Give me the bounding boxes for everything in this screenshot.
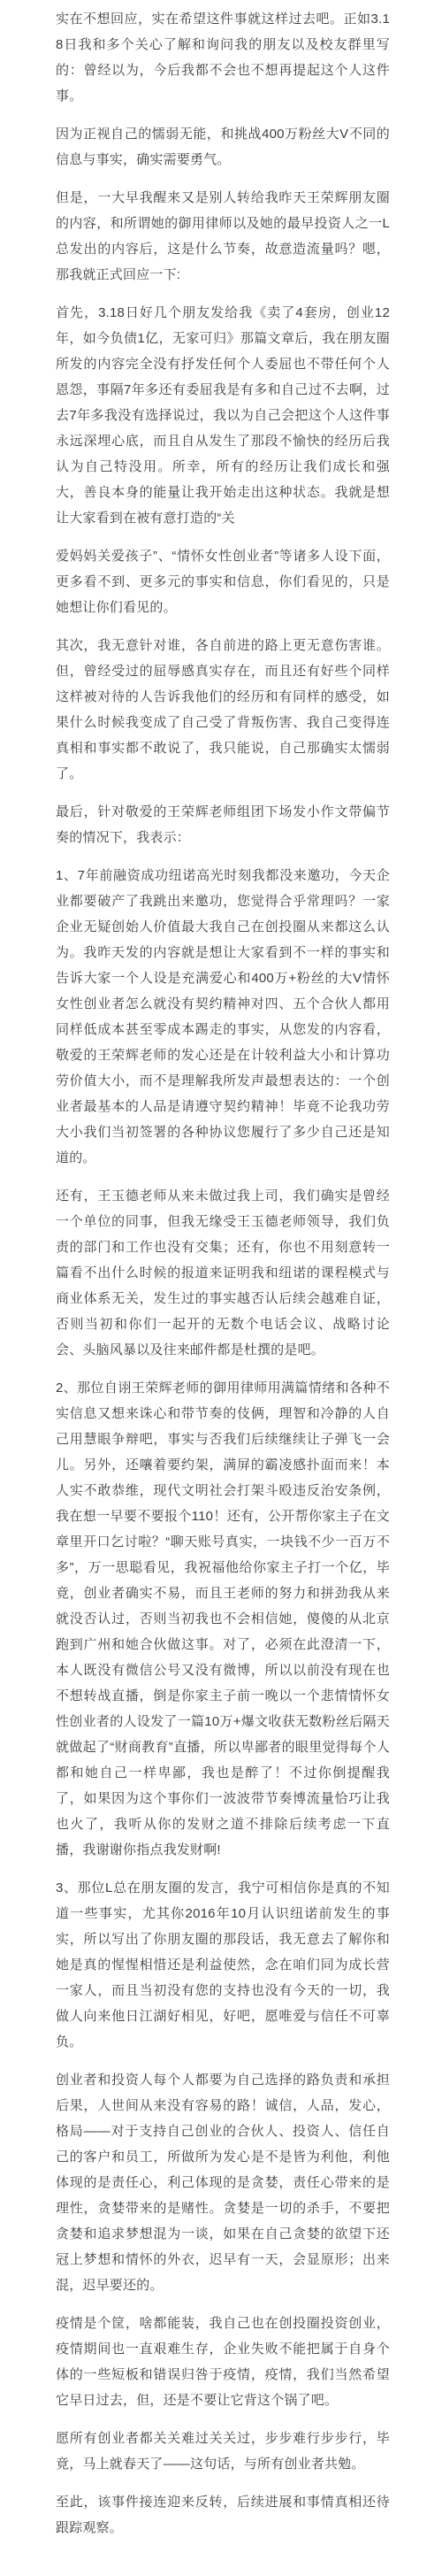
paragraph: 但是，一大早我醒来又是别人转给我昨天王荣辉朋友圈的内容，和所谓她的御用律师以及她… bbox=[56, 185, 390, 288]
paragraph: 还有，王玉德老师从来未做过我上司，我们确实是曾经一个单位的同事，但我无缘受王玉德… bbox=[56, 1183, 390, 1363]
paragraph: 创业者和投资人每个人都要为自己选择的路负责和承担后果，人世间从来没有容易的路！诚… bbox=[56, 2067, 390, 2298]
paragraph: 至此，该事件接连迎来反转，后续进展和事情真相还待跟踪观察。 bbox=[56, 2489, 390, 2541]
paragraph: 疫情是个筐，啥都能装，我自己也在创投圈投资创业，疫情期间也一直艰难生存，企业失败… bbox=[56, 2311, 390, 2413]
paragraph: 因为正视自己的懦弱无能，和挑战400万粉丝大V不同的信息与事实，确实需要勇气。 bbox=[56, 121, 390, 173]
paragraph: 愿所有创业者都关关难过关关过，步步难行步步行，毕竟，马上就春天了——这句话，与所… bbox=[56, 2426, 390, 2477]
paragraph: 最后，针对敬爱的王荣辉老师组团下场发小作文带偏节奏的情况下，我表示： bbox=[56, 799, 390, 850]
paragraph: 实在不想回应，实在希望这件事就这样过去吧。正如3.18日我和多个关心了解和询问我… bbox=[56, 6, 390, 109]
paragraph: 2、那位自诩王荣辉老师的御用律师用满篇情绪和各种不实信息又想来诛心和带节奏的伎俩… bbox=[56, 1375, 390, 1863]
paragraph: 其次，我无意针对谁，各自前进的路上更无意伤害谁。但，曾经受过的屈辱感真实存在，而… bbox=[56, 633, 390, 787]
paragraph: 首先，3.18日好几个朋友发给我《卖了4套房，创业12年，如今负债1亿，无家可归… bbox=[56, 300, 390, 531]
article-body: 实在不想回应，实在希望这件事就这样过去吧。正如3.18日我和多个关心了解和询问我… bbox=[0, 0, 442, 2576]
paragraph: 爱妈妈关爱孩子”、“情怀女性创业者”等诸多人设下面，更多看不到、更多元的事实和信… bbox=[56, 543, 390, 620]
paragraph: 3、那位L总在朋友圈的发言，我宁可相信你是真的不知道一些事实，尤其你2016年1… bbox=[56, 1875, 390, 2055]
paragraph: 1、7年前融资成功纽诺高光时刻我都没来邀功，今天企业都要破产了我跳出来邀功，您觉… bbox=[56, 863, 390, 1171]
